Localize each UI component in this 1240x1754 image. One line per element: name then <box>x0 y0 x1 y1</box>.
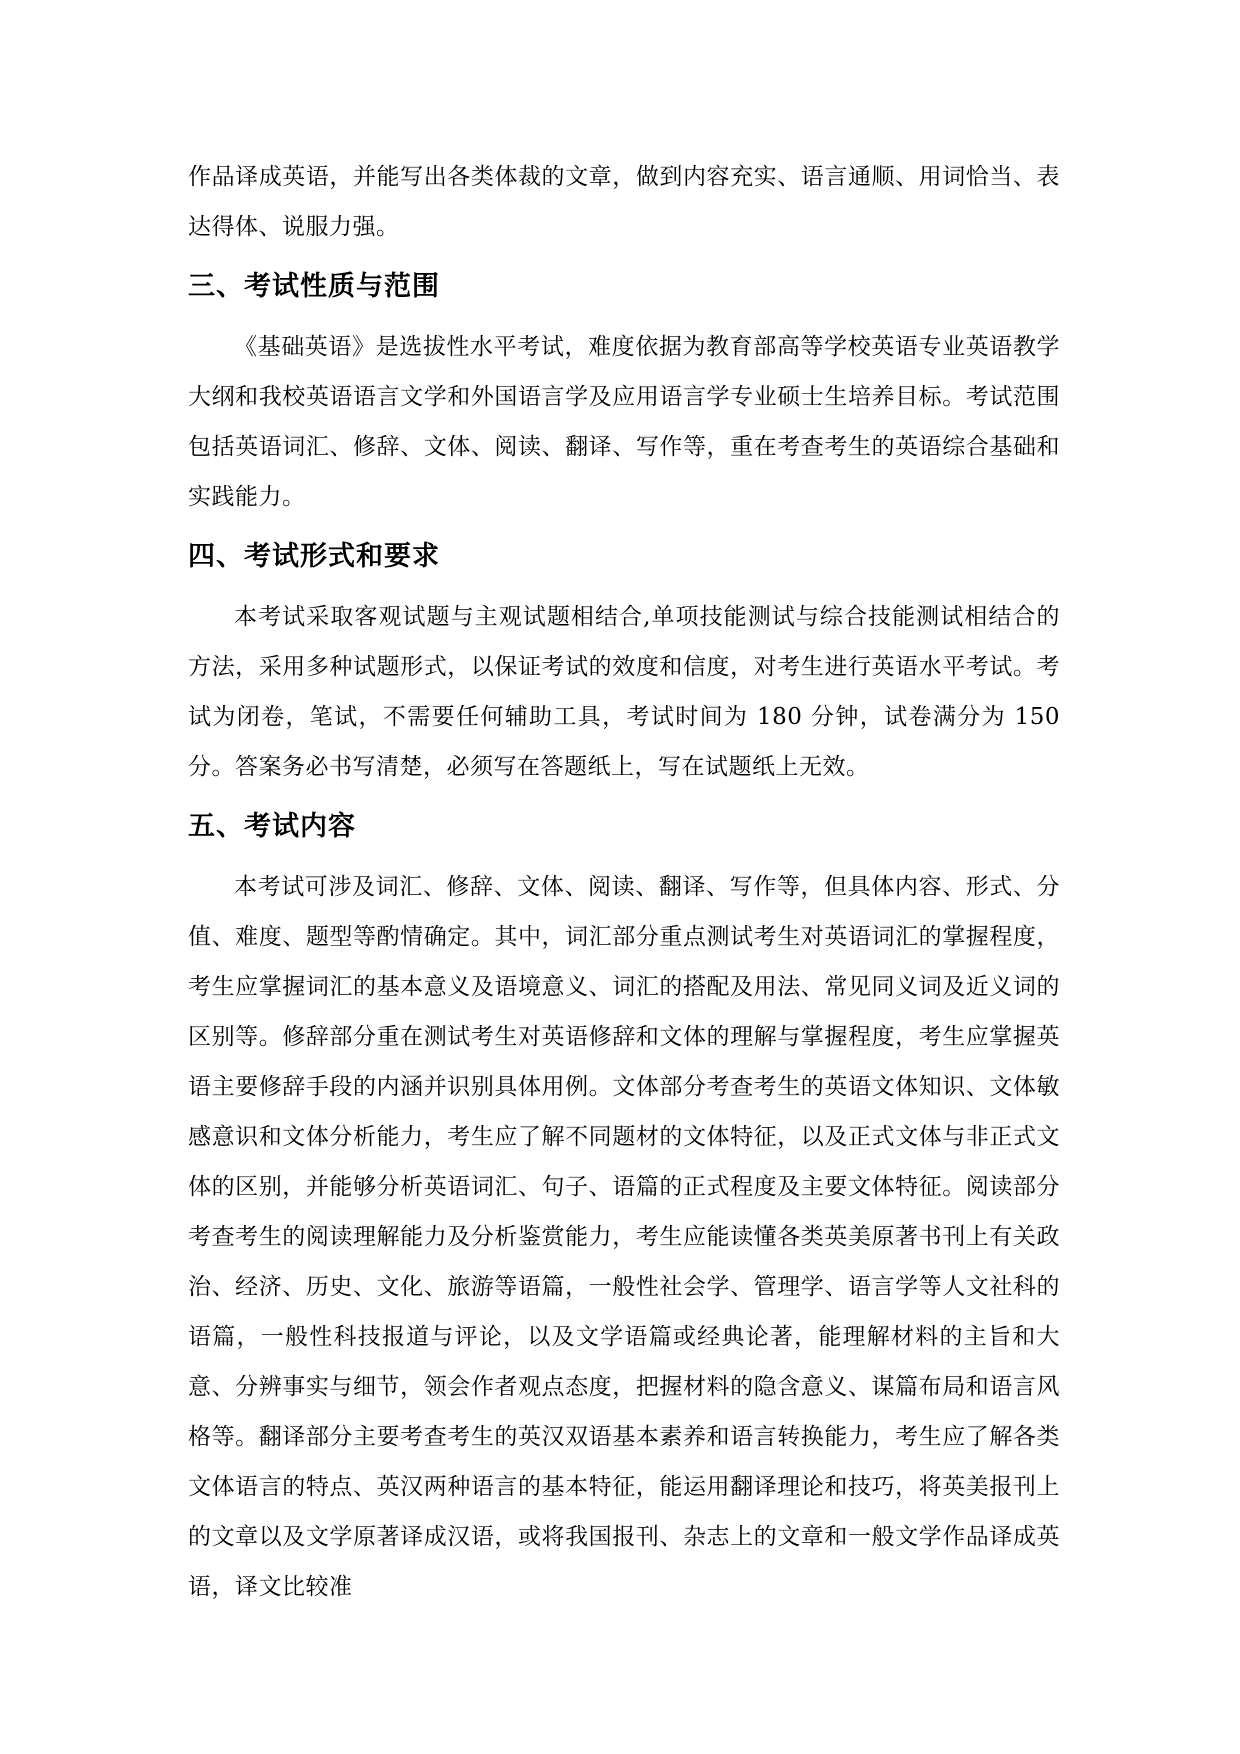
section-paragraph-exam-content: 本考试可涉及词汇、修辞、文体、阅读、翻译、写作等，但具体内容、形式、分值、难度、… <box>188 862 1060 1612</box>
section-heading-exam-format: 四、考试形式和要求 <box>188 522 1060 592</box>
section-heading-exam-nature: 三、考试性质与范围 <box>188 252 1060 322</box>
section-paragraph-exam-nature: 《基础英语》是选拔性水平考试，难度依据为教育部高等学校英语专业英语教学大纲和我校… <box>188 322 1060 522</box>
document-page: 作品译成英语，并能写出各类体裁的文章，做到内容充实、语言通顺、用词恰当、表达得体… <box>188 152 1060 1612</box>
section-heading-exam-content: 五、考试内容 <box>188 792 1060 862</box>
continuation-paragraph: 作品译成英语，并能写出各类体裁的文章，做到内容充实、语言通顺、用词恰当、表达得体… <box>188 152 1060 252</box>
section-paragraph-exam-format: 本考试采取客观试题与主观试题相结合,单项技能测试与综合技能测试相结合的方法，采用… <box>188 592 1060 792</box>
